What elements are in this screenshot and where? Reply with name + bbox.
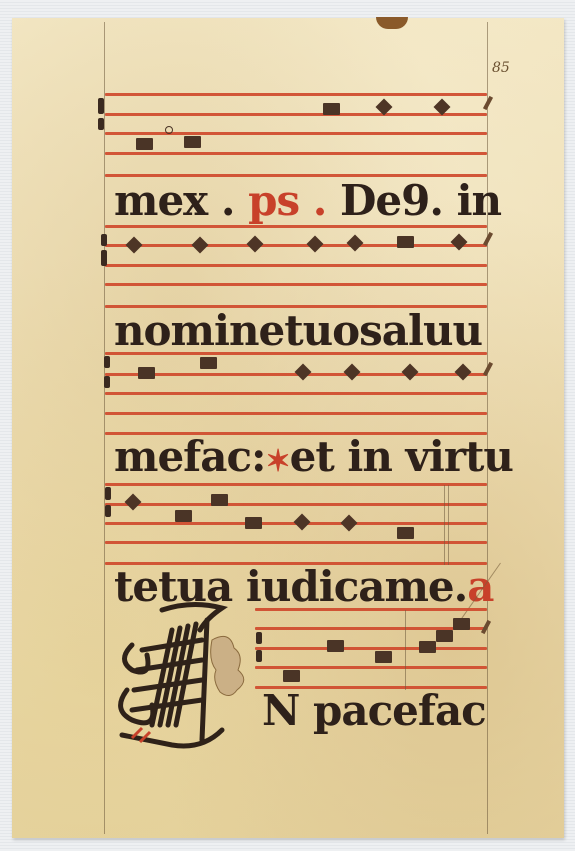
left-ruling-line: [104, 22, 105, 834]
c-clef-icon: [101, 234, 107, 246]
note: [397, 236, 414, 248]
right-ruling-line: [487, 22, 488, 834]
c-clef-icon: [98, 98, 104, 114]
note: [323, 103, 340, 115]
folio-number: 85: [492, 60, 510, 76]
decorated-initial-i: [112, 600, 252, 750]
c-clef-icon: [105, 487, 111, 500]
note: [419, 641, 436, 653]
note: [283, 670, 300, 682]
note: [175, 510, 192, 522]
note: [453, 618, 470, 630]
lyric-line-3: mefac:✶et in virtu: [114, 436, 513, 478]
note: [397, 527, 414, 539]
note: [211, 494, 228, 506]
note: [375, 651, 392, 663]
note: [200, 357, 217, 369]
note: [138, 367, 155, 379]
lyric-line-5: N pacefac: [262, 690, 486, 732]
c-clef-icon: [104, 356, 110, 368]
note: [184, 136, 201, 148]
note: [327, 640, 344, 652]
note: [245, 517, 262, 529]
c-clef-icon: [256, 632, 262, 644]
note: [136, 138, 153, 150]
note-void: [165, 126, 173, 134]
lyric-line-1: mex . ps . De9. in: [114, 180, 501, 222]
lyric-line-2: nominetuosaluu: [114, 310, 482, 352]
note: [436, 630, 453, 642]
